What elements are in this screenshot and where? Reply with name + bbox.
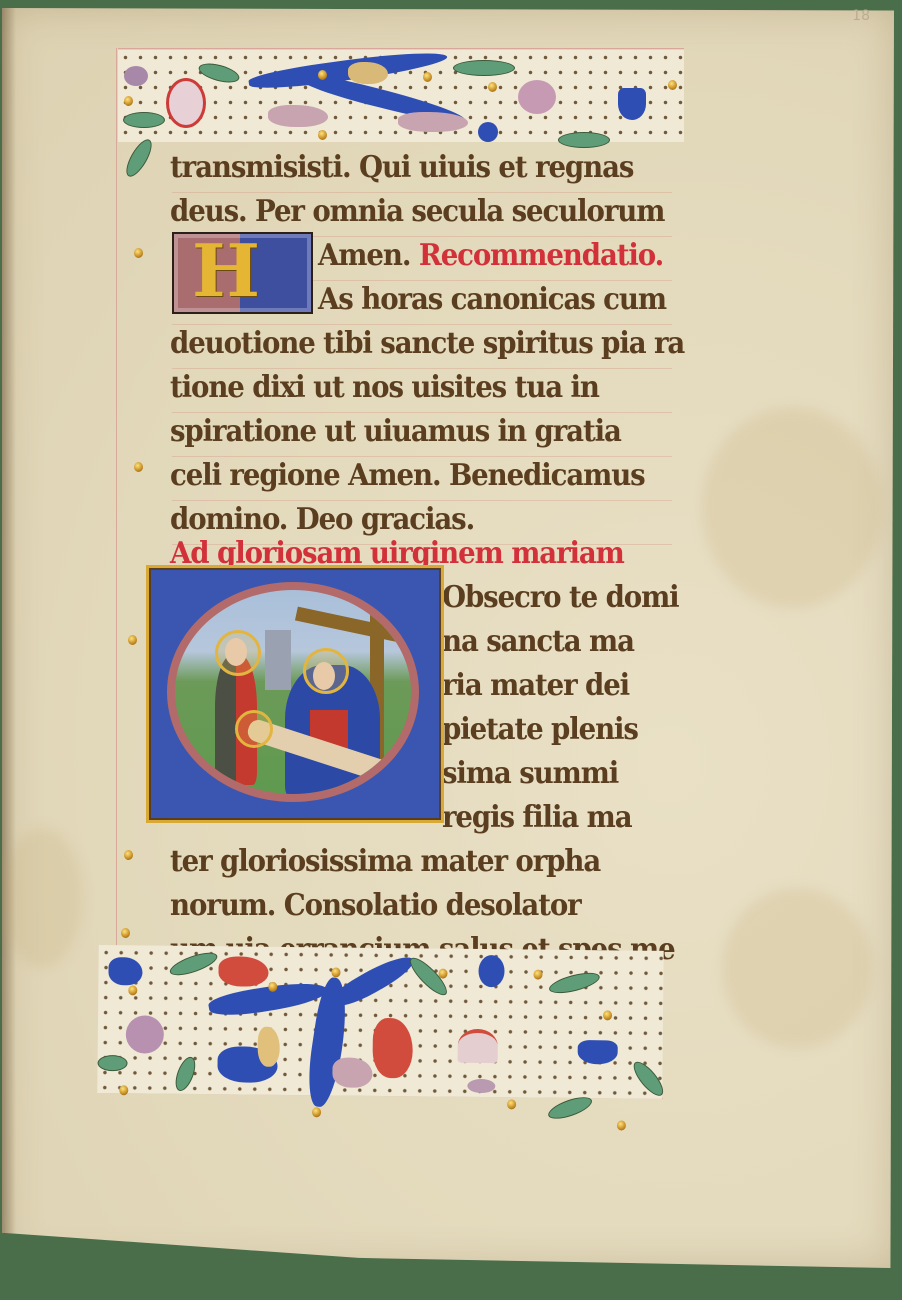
top-border-decoration xyxy=(118,50,684,142)
ruling-line xyxy=(172,412,672,413)
gold-dot xyxy=(128,985,137,995)
leaf-icon xyxy=(97,1055,127,1071)
berry-blue-icon xyxy=(478,122,498,142)
flower-red-icon xyxy=(458,1029,498,1063)
text-line: pietate plenis xyxy=(442,712,638,747)
text-line: ter gloriosissima mater orpha xyxy=(170,844,600,879)
acanthus-pink-icon xyxy=(398,112,468,132)
historiated-initial-pieta xyxy=(146,565,444,823)
flower-purple-icon xyxy=(124,66,148,86)
bottom-border-decoration xyxy=(97,945,664,1099)
gold-dot xyxy=(603,1010,612,1020)
text-line: transmisisti. Qui uiuis et regnas xyxy=(170,150,633,185)
gold-dot xyxy=(134,248,143,258)
gold-dot xyxy=(128,635,137,645)
gold-dot xyxy=(268,982,277,992)
left-border-spray xyxy=(116,140,160,948)
text-line: deus. Per omnia secula seculorum xyxy=(170,194,664,229)
acanthus-gold-icon xyxy=(258,1027,280,1067)
flower-pink-icon xyxy=(518,80,556,114)
text-line: regis filia ma xyxy=(442,800,631,835)
ruling-line xyxy=(172,456,672,457)
face-virgin-mary xyxy=(313,662,335,690)
gold-dot xyxy=(617,1120,626,1130)
acanthus-pink-icon xyxy=(268,105,328,127)
text-line: domino. Deo gracias. xyxy=(170,502,474,537)
tower-icon xyxy=(265,630,291,690)
folio-number: 18 xyxy=(852,8,870,24)
ruling-line xyxy=(172,368,672,369)
initial-h-decorated: H xyxy=(172,232,313,314)
leaf-icon xyxy=(453,60,515,76)
halo-icon xyxy=(235,710,273,748)
pieta-scene xyxy=(167,582,419,802)
text-line: Obsecro te domi xyxy=(442,580,679,615)
gold-dot xyxy=(488,82,497,92)
acanthus-red-icon xyxy=(218,956,268,987)
initial-letter: H xyxy=(192,228,260,313)
acanthus-pink-icon xyxy=(332,1057,372,1087)
cross-beam xyxy=(295,607,419,648)
text-line-body: Amen. xyxy=(318,238,410,273)
gold-dot xyxy=(121,928,130,938)
gold-dot xyxy=(312,1107,321,1117)
gold-dot xyxy=(533,970,542,980)
text-line: na sancta ma xyxy=(442,624,634,659)
gold-dot xyxy=(318,130,327,140)
leaf-icon xyxy=(558,132,610,148)
flower-purple-icon xyxy=(467,1079,495,1093)
bell-flower-icon xyxy=(618,88,646,120)
rubric-heading: Recommendatio. xyxy=(419,238,663,273)
text-line: deuotione tibi sancte spiritus pia ra xyxy=(170,326,684,361)
text-line: As horas canonicas cum xyxy=(318,282,666,317)
acanthus-blue-icon xyxy=(108,957,142,985)
gold-dot xyxy=(507,1099,516,1109)
leaf-icon xyxy=(123,112,165,128)
gold-dot xyxy=(668,80,677,90)
ruling-line xyxy=(172,324,672,325)
gold-dot xyxy=(318,70,327,80)
acanthus-gold-icon xyxy=(348,62,388,84)
flower-blue-icon xyxy=(578,1040,618,1064)
gold-dot xyxy=(134,462,143,472)
text-line: tione dixi ut nos uisites tua in xyxy=(170,370,599,405)
gold-dot xyxy=(124,850,133,860)
gold-dot xyxy=(423,72,432,82)
ruling-line xyxy=(172,192,672,193)
gold-dot xyxy=(331,967,340,977)
text-line: spiratione ut uiuamus in gratia xyxy=(170,414,621,449)
flower-pink-icon xyxy=(126,1015,164,1053)
text-line: sima summi xyxy=(442,756,618,791)
text-line: ria mater dei xyxy=(442,668,629,703)
gold-dot xyxy=(438,969,447,979)
gold-dot xyxy=(119,1085,128,1095)
leaf-icon xyxy=(122,136,157,180)
ruling-line xyxy=(172,500,672,501)
text-line: Amen. Recommendatio. xyxy=(318,238,663,273)
text-line: norum. Consolatio desolator xyxy=(170,888,581,923)
text-line: celi regione Amen. Benedicamus xyxy=(170,458,645,493)
gold-dot xyxy=(124,96,133,106)
flower-red-icon xyxy=(166,78,206,128)
face-st-john xyxy=(225,638,247,666)
